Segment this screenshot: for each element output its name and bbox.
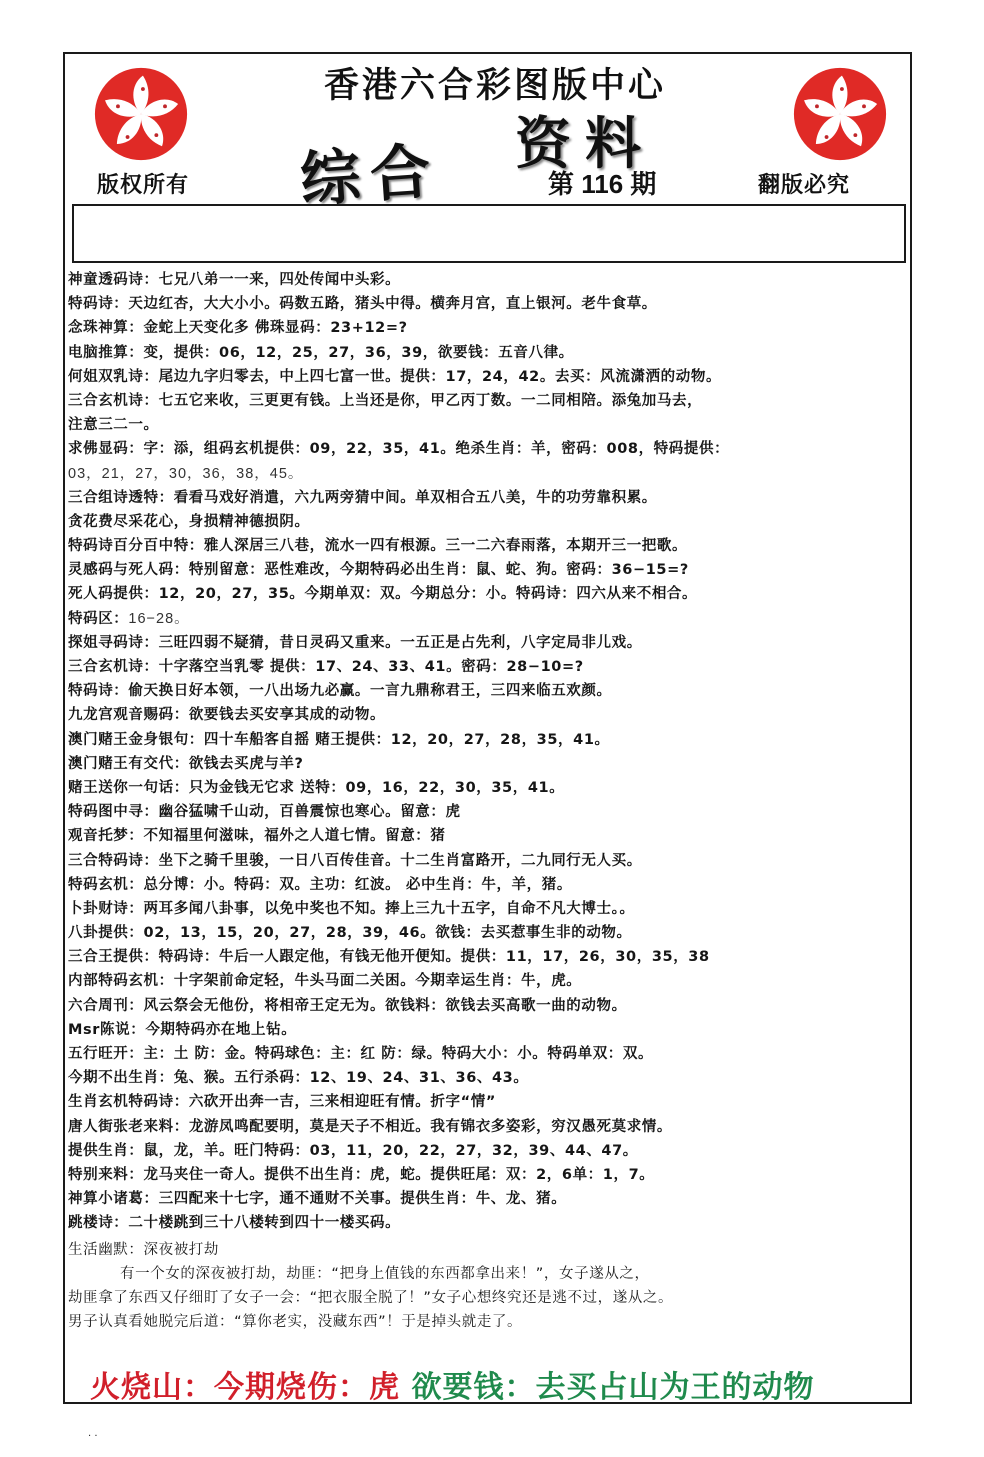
line-label: 三合特码诗： (68, 853, 159, 869)
line-label: 求佛显码： (68, 441, 144, 457)
content-line: 跳楼诗：二十楼跳到三十八楼转到四十一楼买码。 (68, 1211, 910, 1235)
line-text: 七五它来收，三更更有钱。上当还是你，甲乙丙丁数。一二同相陪。添兔加马去， (159, 393, 703, 409)
line-text: 注意三二一。 (68, 417, 159, 433)
story-line: 劫匪拿了东西又仔细盯了女子一会：“把衣服全脱了！”女子心想终究还是逃不过，遂从之… (68, 1286, 910, 1310)
story-line: 有一个女的深夜被打劫，劫匪：“把身上值钱的东西都拿出来！”，女子遂从之， (68, 1262, 910, 1286)
content-line: 求佛显码：字：添，组码玄机提供：09，22，35，41。绝杀生肖：羊，密码：00… (68, 437, 910, 461)
line-text: 看看马戏好消遣，六九两旁猜中间。单双相合五八美，牛的功劳靠积累。 (174, 490, 657, 506)
line-text: 鼠，龙，羊。旺门特码：03，11，20，22，27，32，39、44、47。 (144, 1143, 638, 1159)
line-label: 神算小诸葛： (68, 1191, 159, 1207)
line-text: 变，提供：06，12，25，27，36，39，欲要钱：五音八律。 (144, 345, 574, 361)
line-text: 贪花费尽采花心，身损精神德损阴。 (68, 514, 310, 530)
line-text: 金蛇上天变化多 佛珠显码：23+12=? (144, 320, 408, 336)
line-text: 欲要钱去买安享其成的动物。 (189, 707, 385, 723)
content-line: 唐人街张老来料：龙游凤鸣配要明，莫是天子不相近。我有锦衣多姿彩，穷汉愚死莫求情。 (68, 1115, 910, 1139)
line-label: 观音托梦： (68, 828, 144, 844)
line-label: 唐人街张老来料： (68, 1119, 189, 1135)
line-text: 天边红杏，大大小小。码数五路，猪头中得。横奔月宫，直上银河。老牛食草。 (128, 296, 657, 312)
content-line: 赌王送你一句话：只为金钱无它求 送特：09，16，22，30，35，41。 (68, 776, 910, 800)
line-text: 二十楼跳到三十八楼转到四十一楼买码。 (128, 1215, 400, 1231)
story-line: 男子认真看她脱完后道：“算你老实，没藏东西”！于是掉头就走了。 (68, 1310, 910, 1334)
line-text: 风云祭会无他份，将相帝王定无为。欲钱料：欲钱去买高歌一曲的动物。 (144, 998, 627, 1014)
content-line: 死人码提供：12，20，27，35。今期单双：双。今期总分：小。特码诗：四六从来… (68, 582, 910, 606)
line-text: 坐下之骑千里骏，一日八百传佳音。十二生肖富路开，二九同行无人买。 (159, 853, 642, 869)
line-label: 神童透码诗： (68, 272, 159, 288)
content-line: 提供生肖：鼠，龙，羊。旺门特码：03，11，20，22，27，32，39、44、… (68, 1139, 910, 1163)
line-text: 龙马夹住一奇人。提供不出生肖：虎，蛇。提供旺尾：双：2，6单：1，7。 (144, 1167, 655, 1183)
content-line: 特码图中寻：幽谷猛啸千山动，百兽震惊也寒心。留意：虎 (68, 800, 910, 824)
line-label: 内部特码玄机： (68, 973, 174, 989)
footer-marks: . . (88, 1428, 98, 1439)
content-line: 三合特码诗：坐下之骑千里骏，一日八百传佳音。十二生肖富路开，二九同行无人买。 (68, 849, 910, 873)
line-label: 跳楼诗： (68, 1215, 128, 1231)
issue-label: 第 116 期 (548, 164, 656, 201)
line-label: 特码图中寻： (68, 804, 159, 820)
content-line: 澳门赌王有交代：欲钱去买虎与羊? (68, 752, 910, 776)
line-label: 特码诗： (68, 296, 128, 312)
line-text: 两耳多闻八卦事，以免中奖也不知。捧上三九十五字，自命不凡大博士。。 (144, 901, 635, 917)
content-line: 今期不出生肖：兔、猴。五行杀码：12、19、24、31、36、43。 (68, 1066, 910, 1090)
line-label: 八卦提供： (68, 925, 144, 941)
bauhinia-flower-icon (792, 66, 888, 162)
line-label: 何姐双乳诗： (68, 369, 159, 385)
content-line: 贪花费尽采花心，身损精神德损阴。 (68, 510, 910, 534)
line-label: 三合玄机诗： (68, 659, 159, 675)
content-line: 电脑推算：变，提供：06，12，25，27，36，39，欲要钱：五音八律。 (68, 341, 910, 365)
content-line: 六合周刊：风云祭会无他份，将相帝王定无为。欲钱料：欲钱去买高歌一曲的动物。 (68, 994, 910, 1018)
content-line: 何姐双乳诗：尾边九字归零去，中上四七富一世。提供：17，24，42。去买：风流潇… (68, 365, 910, 389)
story-title: 生活幽默：深夜被打劫 (68, 1238, 910, 1262)
line-text: 尾边九字归零去，中上四七富一世。提供：17，24，42。去买：风流潇洒的动物。 (159, 369, 721, 385)
content-line: 灵感码与死人码：特别留意：恶性难改，今期特码必出生肖：鼠、蛇、狗。密码：36−1… (68, 558, 910, 582)
line-text: 12，20，27，35。今期单双：双。今期总分：小。特码诗：四六从来不相合。 (159, 586, 698, 602)
line-text: 十字架前命定轻，牛头马面二关困。今期幸运生肖：牛，虎。 (174, 973, 582, 989)
content-line: 特码诗百分百中特：雅人深居三八巷，流水一四有根源。三一二六春雨落，本期开三一把歌… (68, 534, 910, 558)
line-label: 念珠神算： (68, 320, 144, 336)
content-lines: 神童透码诗：七兄八弟一一来，四处传闻中头彩。 特码诗：天边红杏，大大小小。码数五… (68, 268, 910, 1334)
line-text: 字：添，组码玄机提供：09，22，35，41。绝杀生肖：羊，密码：008，特码提… (144, 441, 730, 457)
content-line: 三合玄机诗：七五它来收，三更更有钱。上当还是你，甲乙丙丁数。一二同相陪。添兔加马… (68, 389, 910, 413)
header-title: 香港六合彩图版中心 (250, 58, 740, 108)
line-label: 特码区： (68, 611, 128, 627)
line-label: 今期不出生肖： (68, 1070, 174, 1086)
line-label: 探姐寻码诗： (68, 635, 159, 651)
line-text: 02，13，15，20，27，28，39，46。欲钱：去买惹事生非的动物。 (144, 925, 632, 941)
line-label: 特别来料： (68, 1167, 144, 1183)
content-line: 生肖玄机特码诗：六砍开出奔一吉，三来相迎旺有情。折字“情” (68, 1090, 910, 1114)
line-text: 十字落空当乳零 提供：17、24、33、41。密码：28−10=? (159, 659, 584, 675)
line-text: 特别留意：恶性难改，今期特码必出生肖：鼠、蛇、狗。密码：36−15=? (189, 562, 689, 578)
content-line: 神童透码诗：七兄八弟一一来，四处传闻中头彩。 (68, 268, 910, 292)
line-text: 16−28。 (128, 611, 189, 627)
content-line: 特码玄机：总分博：小。特码：双。主功：红波。 必中生肖：牛，羊，猪。 (68, 873, 910, 897)
content-line: 注意三二一。 (68, 413, 910, 437)
bauhinia-flower-icon (93, 66, 189, 162)
line-label: 三合王提供： (68, 949, 159, 965)
line-text: 主：土 防：金。特码球色：主：红 防：绿。特码大小：小。特码单双：双。 (144, 1046, 654, 1062)
line-text: 龙游凤鸣配要明，莫是天子不相近。我有锦衣多姿彩，穷汉愚死莫求情。 (189, 1119, 672, 1135)
content-line: 探姐寻码诗：三旺四弱不疑猜，昔日灵码又重来。一五正是占先利，八字定局非儿戏。 (68, 631, 910, 655)
line-text: 特码诗：牛后一人跟定他，有钱无他开便知。提供：11，17，26，30，35，38 (159, 949, 710, 965)
content-line: 五行旺开：主：土 防：金。特码球色：主：红 防：绿。特码大小：小。特码单双：双。 (68, 1042, 910, 1066)
line-label: 提供生肖： (68, 1143, 144, 1159)
content-line: 特别来料：龙马夹住一奇人。提供不出生肖：虎，蛇。提供旺尾：双：2，6单：1，7。 (68, 1163, 910, 1187)
line-text: 三旺四弱不疑猜，昔日灵码又重来。一五正是占先利，八字定局非儿戏。 (159, 635, 642, 651)
content-line: 特码诗：偷天换日好本领，一八出场九必赢。一言九鼎称君王，三四来临五欢颜。 (68, 679, 910, 703)
content-line: 卜卦财诗：两耳多闻八卦事，以免中奖也不知。捧上三九十五字，自命不凡大博士。。 (68, 897, 910, 921)
line-text: 雅人深居三八巷，流水一四有根源。三一二六春雨落，本期开三一把歌。 (204, 538, 687, 554)
content-line: 念珠神算：金蛇上天变化多 佛珠显码：23+12=? (68, 316, 910, 340)
line-text: 今期特码亦在地上钻。 (145, 1022, 296, 1038)
blank-notice-box (72, 204, 906, 263)
line-label: Msr陈说： (68, 1022, 145, 1038)
line-label: 五行旺开： (68, 1046, 144, 1062)
line-text: 偷天换日好本领，一八出场九必赢。一言九鼎称君王，三四来临五欢颜。 (128, 683, 611, 699)
line-label: 赌王送你一句话： (68, 780, 189, 796)
content-line: 八卦提供：02，13，15，20，27，28，39，46。欲钱：去买惹事生非的动… (68, 921, 910, 945)
line-label: 灵感码与死人码： (68, 562, 189, 578)
line-label: 特码诗百分百中特： (68, 538, 204, 554)
line-text: 兔、猴。五行杀码：12、19、24、31、36、43。 (174, 1070, 529, 1086)
content-line: 三合玄机诗：十字落空当乳零 提供：17、24、33、41。密码：28−10=? (68, 655, 910, 679)
line-label: 电脑推算： (68, 345, 144, 361)
line-text: 只为金钱无它求 送特：09，16，22，30，35，41。 (189, 780, 565, 796)
line-label: 死人码提供： (68, 586, 159, 602)
content-line: 特码诗：天边红杏，大大小小。码数五路，猪头中得。横奔月宫，直上银河。老牛食草。 (68, 292, 910, 316)
content-line: 特码区：16−28。 (68, 607, 910, 631)
line-text: 四十车船客自摇 赌王提供：12，20，27，28，35，41。 (204, 732, 610, 748)
line-text: 三四配来十七字，通不通财不关事。提供生肖：牛、龙、猪。 (159, 1191, 567, 1207)
line-text: 不知福里何滋味，福外之人道七情。留意：猪 (144, 828, 446, 844)
line-text: 七兄八弟一一来，四处传闻中头彩。 (159, 272, 401, 288)
line-text: 幽谷猛啸千山动，百兽震惊也寒心。留意：虎 (159, 804, 461, 820)
line-label: 生肖玄机特码诗： (68, 1094, 189, 1110)
line-text: 总分博：小。特码：双。主功：红波。 必中生肖：牛，羊，猪。 (144, 877, 572, 893)
content-line: 观音托梦：不知福里何滋味，福外之人道七情。留意：猪 (68, 824, 910, 848)
line-label: 六合周刊： (68, 998, 144, 1014)
line-label: 三合组诗透特： (68, 490, 174, 506)
line-text: 03，21，27，30，36，38，45。 (68, 466, 303, 482)
content-line: 三合王提供：特码诗：牛后一人跟定他，有钱无他开便知。提供：11，17，26，30… (68, 945, 910, 969)
line-label: 特码诗： (68, 683, 128, 699)
copyright-right: 翻版必究 (758, 168, 850, 199)
line-text: 六砍开出奔一吉，三来相迎旺有情。折字“情” (189, 1094, 496, 1110)
line-label: 卜卦财诗： (68, 901, 144, 917)
content-line: 03，21，27，30，36，38，45。 (68, 462, 910, 486)
banner-red-text: 火烧山：今期烧伤：虎 (90, 1370, 400, 1405)
line-label: 澳门赌王金身银句： (68, 732, 204, 748)
line-label: 三合玄机诗： (68, 393, 159, 409)
banner-green-text: 欲要钱：去买占山为王的动物 (411, 1370, 814, 1405)
line-text: 欲钱去买虎与羊? (189, 756, 304, 772)
content-line: 神算小诸葛：三四配来十七字，通不通财不关事。提供生肖：牛、龙、猪。 (68, 1187, 910, 1211)
content-line: 澳门赌王金身银句：四十车船客自摇 赌王提供：12，20，27，28，35，41。 (68, 728, 910, 752)
fire-mountain-banner: 火烧山：今期烧伤：虎 欲要钱：去买占山为王的动物 (90, 1362, 814, 1406)
humor-story: 生活幽默：深夜被打劫 有一个女的深夜被打劫，劫匪：“把身上值钱的东西都拿出来！”… (68, 1238, 910, 1335)
copyright-left: 版权所有 (97, 168, 189, 199)
content-line: 九龙宫观音赐码：欲要钱去买安享其成的动物。 (68, 703, 910, 727)
line-label: 澳门赌王有交代： (68, 756, 189, 772)
content-line: 内部特码玄机：十字架前命定轻，牛头马面二关困。今期幸运生肖：牛，虎。 (68, 969, 910, 993)
content-line: 三合组诗透特：看看马戏好消遣，六九两旁猜中间。单双相合五八美，牛的功劳靠积累。 (68, 486, 910, 510)
content-line: Msr陈说：今期特码亦在地上钻。 (68, 1018, 910, 1042)
line-label: 九龙宫观音赐码： (68, 707, 189, 723)
line-label: 特码玄机： (68, 877, 144, 893)
